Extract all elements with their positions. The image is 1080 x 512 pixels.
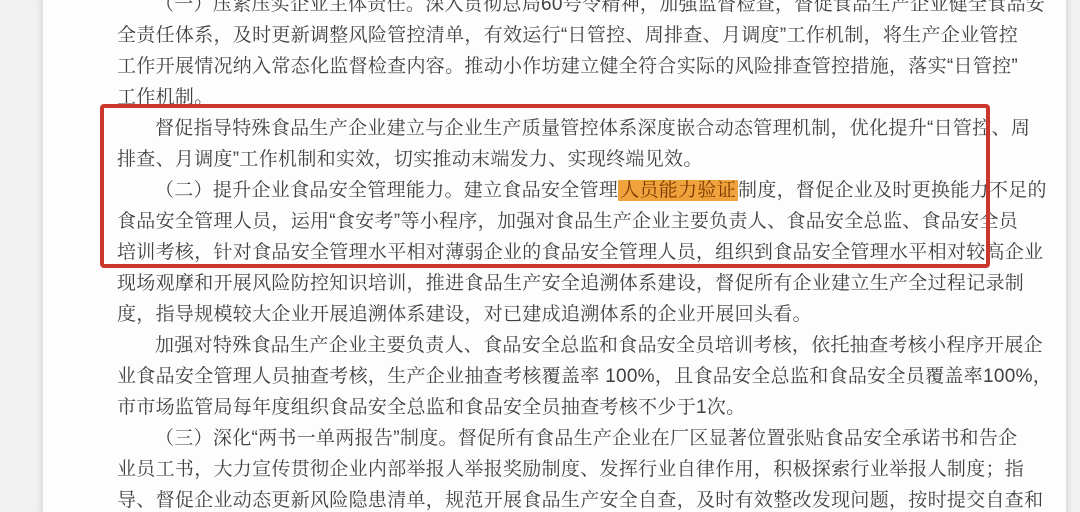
text-line: 业员工书，大力宣传贯彻企业内部举报人举报奖励制度、发挥行业自律作用，积极探索行业… [117, 454, 975, 485]
text-line: 全责任体系，及时更新调整风险管控清单，有效运行“日管控、周排查、月调度”工作机制… [117, 20, 975, 51]
text-line-in-red-box: （二）提升企业食品安全管理能力。建立食品安全管理人员能力验证制度，督促企业及时更… [117, 175, 975, 206]
text-segment: 工作机制。 [117, 87, 214, 108]
text-line-in-red-box: 排查、月调度”工作机制和实效，切实推动末端发力、实现终端见效。 [117, 144, 975, 175]
text-line-in-red-box: 督促指导特殊食品生产企业建立与企业生产质量管控体系深度嵌合动态管理机制，优化提升… [117, 113, 975, 144]
text-segment: 业食品安全管理人员抽查考核，生产企业抽查考核覆盖率 100%，且食品安全总监和食… [117, 366, 1052, 387]
text-segment: 培训考核，针对食品安全管理水平相对薄弱企业的食品安全管理人员，组织到食品安全管理… [117, 242, 1043, 263]
right-gutter [1066, 0, 1080, 512]
highlighted-text: 人员能力验证 [618, 180, 738, 201]
text-segment: 食品安全管理人员，运用“食安考”等小程序，加强对食品生产企业主要负责人、食品安全… [117, 211, 1018, 232]
text-segment: 度，指导规模较大企业开展追溯体系建设，对已建成追溯体系的企业开展回头看。 [117, 304, 812, 325]
text-segment: 业员工书，大力宣传贯彻企业内部举报人举报奖励制度、发挥行业自律作用，积极探索行业… [117, 459, 1024, 480]
text-line: 工作开展情况纳入常态化监督检查内容。推动小作坊建立健全符合实际的风险排查管控措施… [117, 51, 975, 82]
text-line: 导、督促企业动态更新风险隐患清单，规范开展食品生产安全自查，及时有效整改发现问题… [117, 485, 975, 512]
text-segment: （一）压紧压实企业主体责任。深入贯彻总局60号令精神，加强监督检查，督促食品生产… [155, 0, 1045, 15]
left-gutter [0, 0, 43, 512]
text-segment: 排查、月调度”工作机制和实效，切实推动末端发力、实现终端见效。 [117, 149, 703, 170]
text-segment: 现场观摩和开展风险防控知识培训，推进食品生产安全追溯体系建设，督促所有企业建立生… [117, 273, 1024, 294]
text-segment: （二）提升企业食品安全管理能力。建立食品安全管理 [155, 180, 618, 201]
text-line: 加强对特殊食品生产企业主要负责人、食品安全总监和食品安全员培训考核，依托抽查考核… [117, 330, 975, 361]
text-line: 现场观摩和开展风险防控知识培训，推进食品生产安全追溯体系建设，督促所有企业建立生… [117, 268, 975, 299]
document-viewer: （一）压紧压实企业主体责任。深入贯彻总局60号令精神，加强监督检查，督促食品生产… [0, 0, 1080, 512]
text-segment: 市市场监管局每年度组织食品安全总监和食品安全员抽查考核不少于1次。 [117, 397, 745, 418]
text-line-in-red-box: 食品安全管理人员，运用“食安考”等小程序，加强对食品生产企业主要负责人、食品安全… [117, 206, 975, 237]
text-line: 度，指导规模较大企业开展追溯体系建设，对已建成追溯体系的企业开展回头看。 [117, 299, 975, 330]
text-segment: 制度，督促企业及时更换能力不足的 [738, 180, 1047, 201]
text-segment: 加强对特殊食品生产企业主要负责人、食品安全总监和食品安全员培训考核，依托抽查考核… [155, 335, 1043, 356]
text-line: 业食品安全管理人员抽查考核，生产企业抽查考核覆盖率 100%，且食品安全总监和食… [117, 361, 975, 392]
text-line: （三）深化“两书一单两报告”制度。督促所有食品生产企业在厂区显著位置张贴食品安全… [117, 423, 975, 454]
text-segment: （三）深化“两书一单两报告”制度。督促所有食品生产企业在厂区显著位置张贴食品安全… [155, 428, 1017, 449]
text-segment: 导、督促企业动态更新风险隐患清单，规范开展食品生产安全自查，及时有效整改发现问题… [117, 490, 1043, 511]
text-segment: 工作开展情况纳入常态化监督检查内容。推动小作坊建立健全符合实际的风险排查管控措施… [117, 56, 1018, 77]
text-line-in-red-box: 培训考核，针对食品安全管理水平相对薄弱企业的食品安全管理人员，组织到食品安全管理… [117, 237, 975, 268]
text-segment: 全责任体系，及时更新调整风险管控清单，有效运行“日管控、周排查、月调度”工作机制… [117, 25, 1018, 46]
text-line: 工作机制。 [117, 82, 975, 113]
text-segment: 督促指导特殊食品生产企业建立与企业生产质量管控体系深度嵌合动态管理机制，优化提升… [155, 118, 1030, 139]
text-line: （一）压紧压实企业主体责任。深入贯彻总局60号令精神，加强监督检查，督促食品生产… [117, 0, 975, 20]
text-line: 市市场监管局每年度组织食品安全总监和食品安全员抽查考核不少于1次。 [117, 392, 975, 423]
